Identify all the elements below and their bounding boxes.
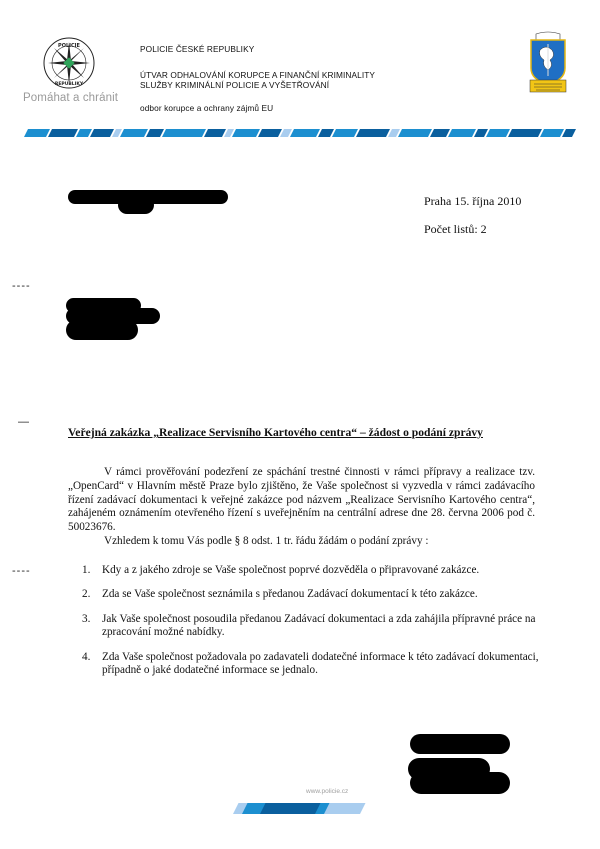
sheet-count: Počet listů: 2: [424, 222, 487, 237]
footer-stripe: [233, 801, 366, 812]
margin-mark: —: [18, 416, 30, 428]
website-url: www.policie.cz: [306, 788, 348, 795]
list-item: 1.Kdy a z jakého zdroje se Vaše společno…: [82, 564, 542, 578]
unit-name-line1: ÚTVAR ODHALOVÁNÍ KORUPCE A FINANČNÍ KRIM…: [140, 70, 375, 80]
letter-body: V rámci prověřování podezření ze spáchán…: [68, 466, 535, 549]
margin-mark: ----: [12, 280, 31, 292]
redacted-recipient-address: [66, 320, 138, 340]
body-paragraph: Vzhledem k tomu Vás podle § 8 odst. 1 tr…: [68, 535, 535, 549]
unit-name-line2: SLUŽBY KRIMINÁLNÍ POLICIE A VYŠETŘOVÁNÍ: [140, 80, 329, 90]
margin-mark: ----: [12, 565, 31, 577]
header-stripe-divider: [24, 124, 576, 132]
redacted-signature: [410, 734, 510, 754]
svg-text:POLICIE: POLICIE: [58, 43, 80, 49]
place-date: Praha 15. října 2010: [424, 194, 521, 209]
redacted-recipient-name-blob: [118, 196, 154, 214]
list-item: 4.Zda Vaše společnost požadovala po zada…: [82, 651, 542, 679]
police-star-badge-icon: POLICIE REPUBLIKY: [42, 36, 96, 90]
svg-text:REPUBLIKY: REPUBLIKY: [55, 81, 84, 87]
unit-crest-lion-icon: [528, 30, 568, 94]
motto: Pomáhat a chránit: [23, 92, 123, 104]
body-paragraph: V rámci prověřování podezření ze spáchán…: [68, 466, 535, 535]
department-name: odbor korupce a ochrany zájmů EU: [140, 103, 273, 113]
questions-list: 1.Kdy a z jakého zdroje se Vaše společno…: [82, 564, 542, 689]
list-item: 2.Zda se Vaše společnost seznámila s pře…: [82, 588, 542, 602]
letter-subject: Veřejná zakázka „Realizace Servisního Ka…: [68, 426, 483, 439]
list-item: 3.Jak Vaše společnost posoudila předanou…: [82, 613, 542, 641]
redacted-signature: [410, 772, 510, 794]
org-name: POLICIE ČESKÉ REPUBLIKY: [140, 44, 254, 54]
